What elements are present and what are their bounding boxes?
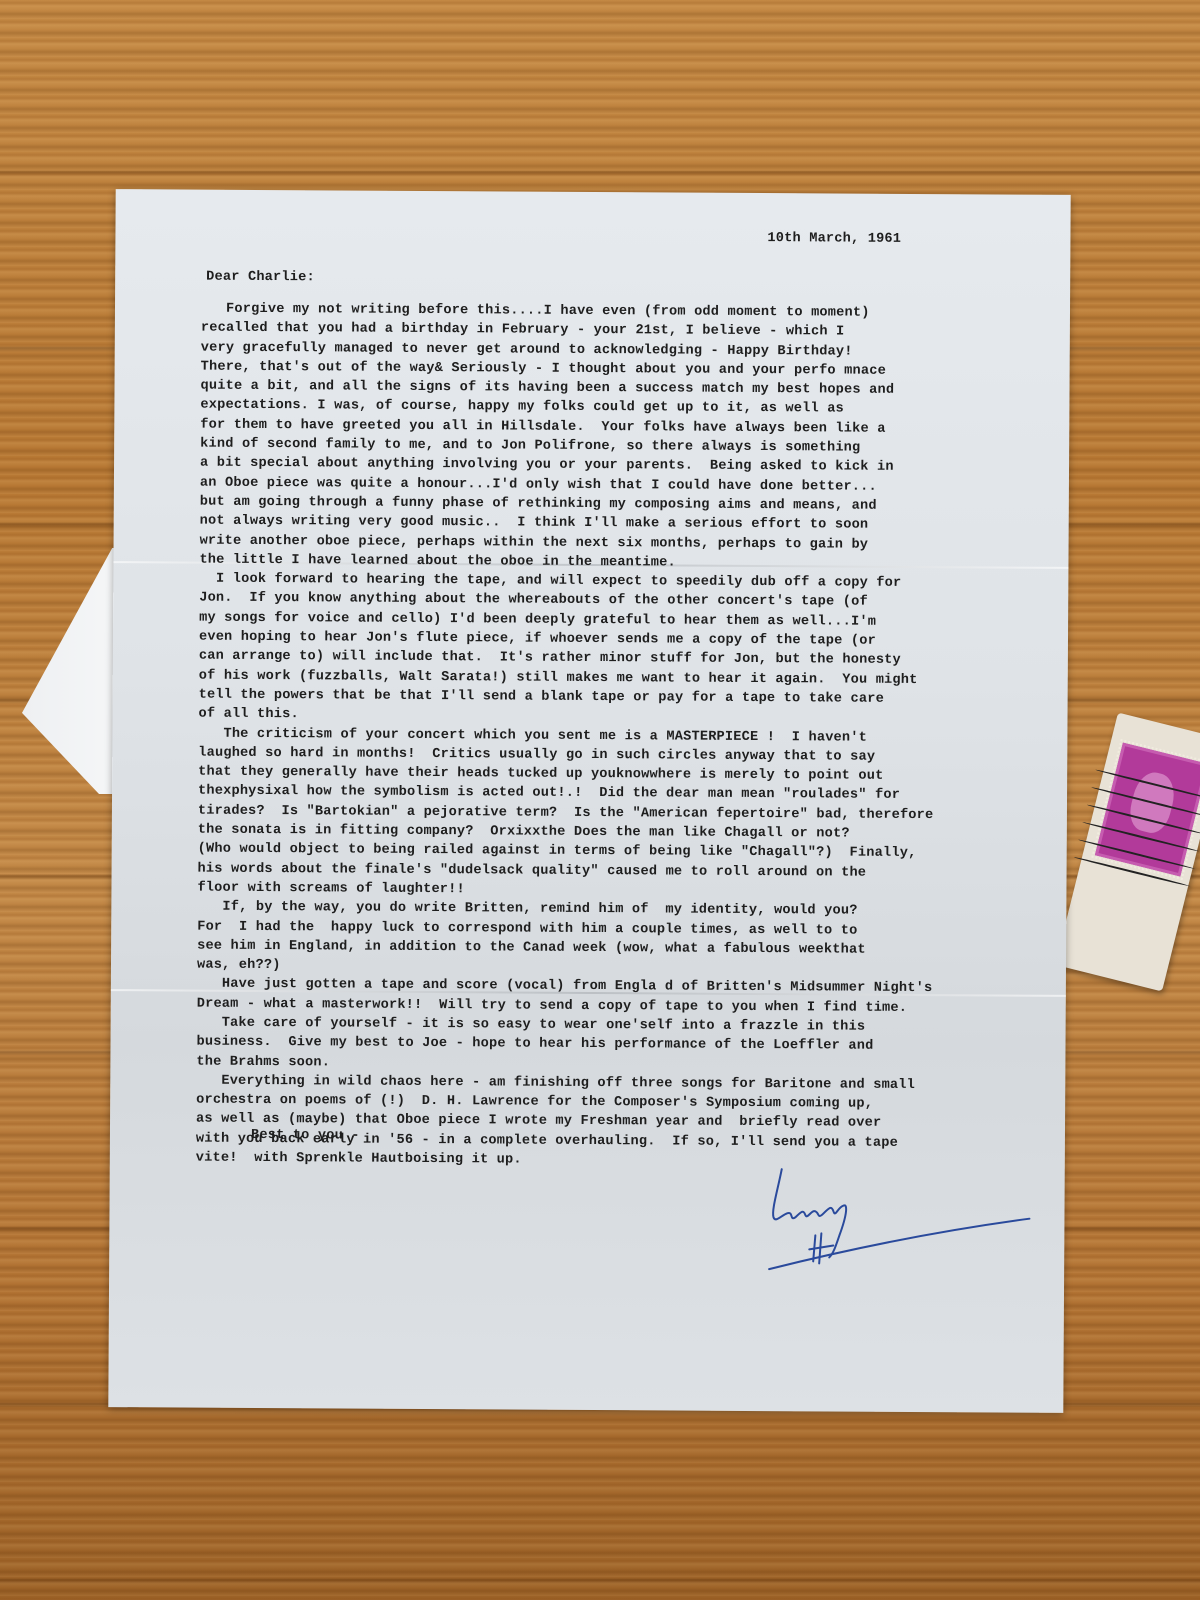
envelope	[1055, 713, 1200, 992]
letter-date: 10th March, 1961	[767, 229, 901, 249]
letter-body: Forgive my not writing before this....I …	[196, 300, 937, 1173]
letter-page: 10th March, 1961 Dear Charlie: Forgive m…	[108, 189, 1070, 1413]
salutation: Dear Charlie:	[206, 268, 315, 288]
handwritten-signature	[759, 1165, 1040, 1277]
letter-text: 10th March, 1961 Dear Charlie: Forgive m…	[202, 216, 1042, 221]
closing: Best to you -	[226, 1126, 360, 1146]
